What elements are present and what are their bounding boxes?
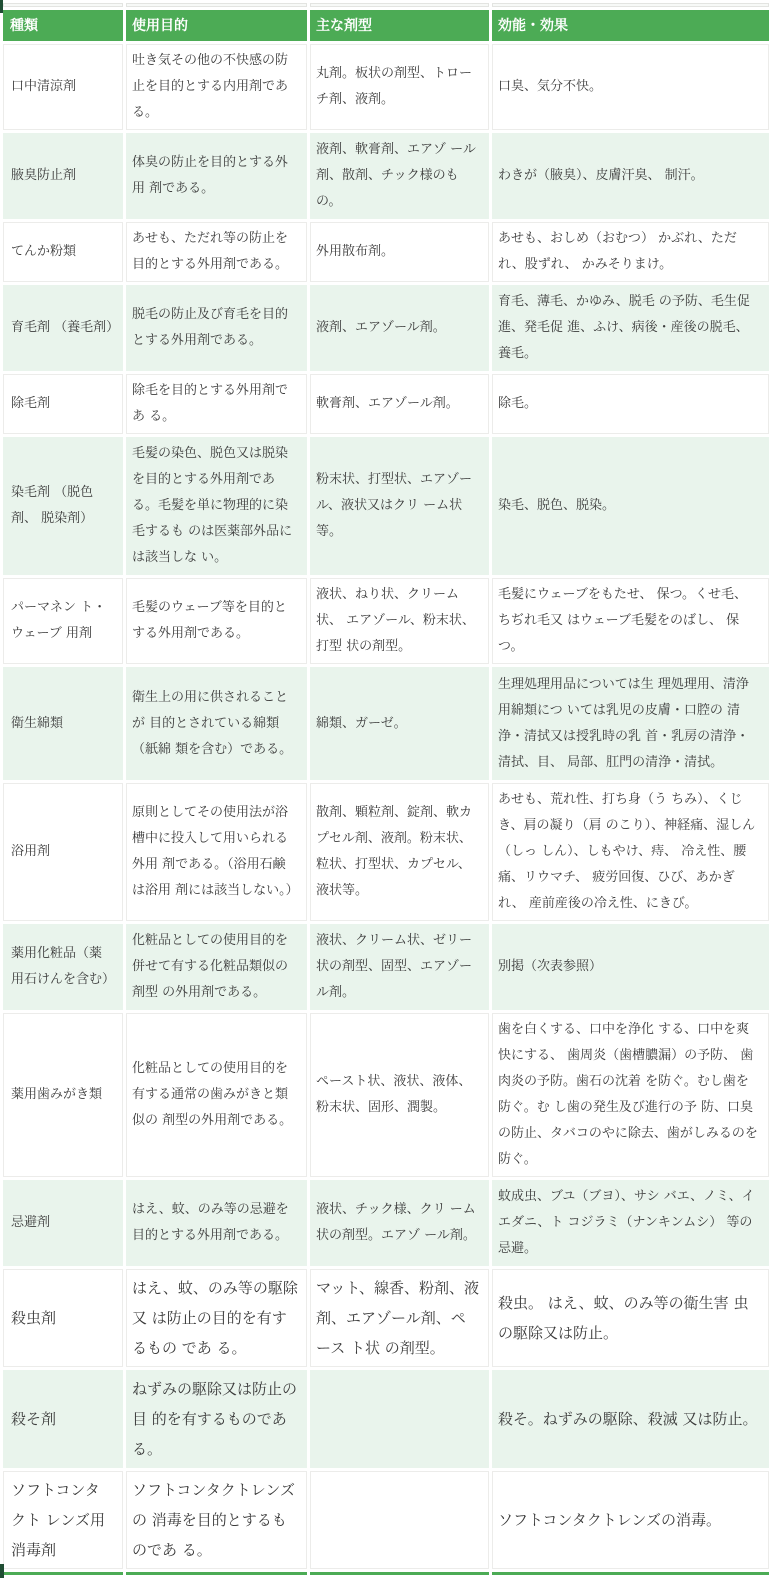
- quasi-drug-category-table: 種類 使用目的 主な剤型 効能・効果 口中清涼剤 吐き気その他の不快感の防止を目…: [0, 0, 772, 1578]
- cell-purpose: はえ、蚊、のみ等の駆除又 は防止の目的を有するもの であ る。: [126, 1269, 307, 1367]
- cell-type: 殺虫剤: [3, 1269, 123, 1367]
- table-row: 薬用歯みがき類 化粧品としての使用目的を有する通常の歯みがきと類似の 剤型の外用…: [3, 1013, 769, 1177]
- bottom-edge-cell: [310, 1572, 489, 1575]
- table-row: 染毛剤 （脱色剤、 脱染剤） 毛髪の染色、脱色又は脱染を目的とする外用剤である。…: [3, 437, 769, 575]
- table-row: 口中清涼剤 吐き気その他の不快感の防止を目的とする内用剤である。 丸剤。板状の剤…: [3, 44, 769, 130]
- table-header: 種類 使用目的 主な剤型 効能・効果: [3, 3, 769, 41]
- cell-type: 衛生綿類: [3, 667, 123, 780]
- cell-type: 忌避剤: [3, 1180, 123, 1266]
- top-edge-cell: [310, 3, 489, 7]
- cell-effect: 別掲（次表参照）: [492, 924, 769, 1010]
- page-edge-mark-top: [0, 0, 3, 13]
- cell-purpose: 毛髪の染色、脱色又は脱染を目的とする外用剤である。毛髪を単に物理的に染毛するも …: [126, 437, 307, 575]
- column-header-effect: 効能・効果: [492, 10, 769, 41]
- cell-purpose: 毛髪のウェーブ等を目的とする外用剤である。: [126, 578, 307, 664]
- bottom-edge-cell: [126, 1572, 307, 1575]
- cell-type: ソフトコンタクト レンズ用 消毒剤: [3, 1471, 123, 1569]
- cell-type: 除毛剤: [3, 374, 123, 434]
- cell-effect: 除毛。: [492, 374, 769, 434]
- cell-purpose: 脱毛の防止及び育毛を目的とする外用剤である。: [126, 285, 307, 371]
- cell-type: 育毛剤 （養毛剤）: [3, 285, 123, 371]
- column-header-type: 種類: [3, 10, 123, 41]
- cell-type: 薬用歯みがき類: [3, 1013, 123, 1177]
- top-edge-cell: [126, 3, 307, 7]
- cell-type: 口中清涼剤: [3, 44, 123, 130]
- column-header-purpose: 使用目的: [126, 10, 307, 41]
- cell-form: [310, 1370, 489, 1468]
- bottom-edge-cell: [3, 1572, 123, 1575]
- top-edge-cell: [3, 3, 123, 7]
- table-row: 除毛剤 除毛を目的とする外用剤であ る。 軟膏剤、エアゾール剤。 除毛。: [3, 374, 769, 434]
- table-row: 忌避剤 はえ、蚊、のみ等の忌避を目的とする外用剤である。 液状、チック様、クリ …: [3, 1180, 769, 1266]
- cell-purpose: あせも、ただれ等の防止を目的とする外用剤である。: [126, 222, 307, 282]
- bottom-edge-cell: [492, 1572, 769, 1575]
- cell-form: 液剤、軟膏剤、エアゾ ール 剤、散剤、チック様のもの。: [310, 133, 489, 219]
- cell-type: 染毛剤 （脱色剤、 脱染剤）: [3, 437, 123, 575]
- cell-effect: 生理処理用品については生 理処理用、清浄用綿類につ いては乳児の皮膚・口腔の 清…: [492, 667, 769, 780]
- top-edge-cell: [492, 3, 769, 7]
- cell-purpose: 体臭の防止を目的とする外用 剤である。: [126, 133, 307, 219]
- table-row: 腋臭防止剤 体臭の防止を目的とする外用 剤である。 液剤、軟膏剤、エアゾ ール …: [3, 133, 769, 219]
- cell-type: 薬用化粧品（薬用石けんを含む）: [3, 924, 123, 1010]
- cell-form: 液剤、エアゾール剤。: [310, 285, 489, 371]
- table-row: パーマネン ト・ウェーブ 用剤 毛髪のウェーブ等を目的とする外用剤である。 液状…: [3, 578, 769, 664]
- cell-form: 液状、ねり状、クリーム状、 エアゾール、粉末状、打型 状の剤型。: [310, 578, 489, 664]
- cell-effect: 殺そ。ねずみの駆除、殺滅 又は防止。: [492, 1370, 769, 1468]
- table-row: 衛生綿類 衛生上の用に供されることが 目的とされている綿類（紙綿 類を含む）であ…: [3, 667, 769, 780]
- cell-form: マット、線香、粉剤、液 剤、エアゾール剤、ペース ト状 の剤型。: [310, 1269, 489, 1367]
- table-row: 薬用化粧品（薬用石けんを含む） 化粧品としての使用目的を併せて有する化粧品類似の…: [3, 924, 769, 1010]
- cell-effect: 染毛、脱色、脱染。: [492, 437, 769, 575]
- header-row: 種類 使用目的 主な剤型 効能・効果: [3, 10, 769, 41]
- cell-form: 丸剤。板状の剤型、トロー チ剤、液剤。: [310, 44, 489, 130]
- table-bottom-edge: [3, 1572, 769, 1575]
- cell-effect: あせも、荒れ性、打ち身（う ちみ）、くじき、肩の凝り（肩 のこり）、神経痛、湿し…: [492, 783, 769, 921]
- cell-purpose: ねずみの駆除又は防止の目 的を有するものである。: [126, 1370, 307, 1468]
- cell-form: 軟膏剤、エアゾール剤。: [310, 374, 489, 434]
- cell-purpose: 衛生上の用に供されることが 目的とされている綿類（紙綿 類を含む）である。: [126, 667, 307, 780]
- cell-type: 浴用剤: [3, 783, 123, 921]
- table-row: てんか粉類 あせも、ただれ等の防止を目的とする外用剤である。 外用散布剤。 あせ…: [3, 222, 769, 282]
- cell-purpose: 化粧品としての使用目的を併せて有する化粧品類似の剤型 の外用剤である。: [126, 924, 307, 1010]
- cell-effect: ソフトコンタクトレンズの消毒。: [492, 1471, 769, 1569]
- table-row: ソフトコンタクト レンズ用 消毒剤 ソフトコンタクトレンズの 消毒を目的とするも…: [3, 1471, 769, 1569]
- table-top-edge: [3, 3, 769, 7]
- cell-form: [310, 1471, 489, 1569]
- table-row: 殺そ剤 ねずみの駆除又は防止の目 的を有するものである。 殺そ。ねずみの駆除、殺…: [3, 1370, 769, 1468]
- cell-type: 腋臭防止剤: [3, 133, 123, 219]
- cell-effect: わきが（腋臭）、皮膚汗臭、 制汗。: [492, 133, 769, 219]
- cell-form: 粉末状、打型状、エアゾー ル、液状又はクリ ーム状等。: [310, 437, 489, 575]
- cell-effect: 歯を白くする、口中を浄化 する、口中を爽快にする、 歯周炎（歯槽膿漏）の予防、 …: [492, 1013, 769, 1177]
- table-body: 口中清涼剤 吐き気その他の不快感の防止を目的とする内用剤である。 丸剤。板状の剤…: [3, 44, 769, 1569]
- cell-effect: 殺虫。 はえ、蚊、のみ等の衛生害 虫の駆除又は防止。: [492, 1269, 769, 1367]
- cell-form: 綿類、ガーゼ。: [310, 667, 489, 780]
- cell-form: 外用散布剤。: [310, 222, 489, 282]
- cell-purpose: 原則としてその使用法が浴槽中に投入して用いられる外用 剤である。（浴用石鹸は浴用…: [126, 783, 307, 921]
- cell-form: 液状、チック様、クリ ーム状の剤型。エアゾ ール剤。: [310, 1180, 489, 1266]
- cell-effect: 口臭、気分不快。: [492, 44, 769, 130]
- cell-form: ペースト状、液状、液体、粉末状、固形、潤製。: [310, 1013, 489, 1177]
- cell-effect: 育毛、薄毛、かゆみ、脱毛 の予防、毛生促進、発毛促 進、ふけ、病後・産後の脱毛、…: [492, 285, 769, 371]
- table-row: 浴用剤 原則としてその使用法が浴槽中に投入して用いられる外用 剤である。（浴用石…: [3, 783, 769, 921]
- cell-type: てんか粉類: [3, 222, 123, 282]
- cell-purpose: 化粧品としての使用目的を有する通常の歯みがきと類似の 剤型の外用剤である。: [126, 1013, 307, 1177]
- cell-type: パーマネン ト・ウェーブ 用剤: [3, 578, 123, 664]
- table-row: 育毛剤 （養毛剤） 脱毛の防止及び育毛を目的とする外用剤である。 液剤、エアゾー…: [3, 285, 769, 371]
- page-edge-mark-bottom: [0, 1564, 4, 1578]
- table-row: 殺虫剤 はえ、蚊、のみ等の駆除又 は防止の目的を有するもの であ る。 マット、…: [3, 1269, 769, 1367]
- cell-effect: あせも、おしめ（おむつ） かぶれ、ただれ、股ずれ、 かみそりまけ。: [492, 222, 769, 282]
- cell-form: 液状、クリーム状、ゼリー状の剤型、固型、エアゾー ル剤。: [310, 924, 489, 1010]
- cell-effect: 蚊成虫、ブユ（ブヨ）、サシ バエ、ノミ、イエダニ、ト コジラミ（ナンキンムシ） …: [492, 1180, 769, 1266]
- cell-purpose: はえ、蚊、のみ等の忌避を目的とする外用剤である。: [126, 1180, 307, 1266]
- cell-purpose: 吐き気その他の不快感の防止を目的とする内用剤である。: [126, 44, 307, 130]
- cell-purpose: 除毛を目的とする外用剤であ る。: [126, 374, 307, 434]
- cell-type: 殺そ剤: [3, 1370, 123, 1468]
- column-header-form: 主な剤型: [310, 10, 489, 41]
- cell-form: 散剤、顆粒剤、錠剤、軟カ プセル剤、液剤。粉末状、 粒状、打型状、カプセル、 液…: [310, 783, 489, 921]
- cell-effect: 毛髪にウェーブをもたせ、 保つ。くせ毛、ちぢれ毛又 はウェーブ毛髪をのばし、 保…: [492, 578, 769, 664]
- cell-purpose: ソフトコンタクトレンズの 消毒を目的とするものであ る。: [126, 1471, 307, 1569]
